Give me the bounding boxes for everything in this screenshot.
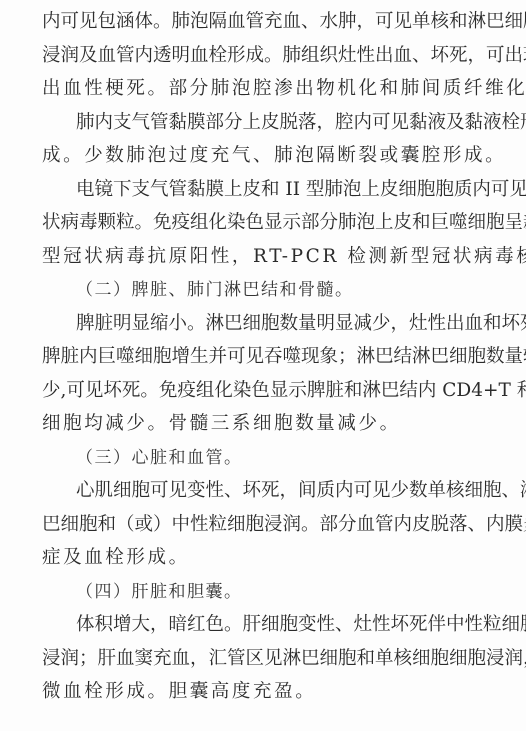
- body-text-line: 成。少数肺泡过度充气、肺泡隔断裂或囊腔形成。: [42, 139, 494, 173]
- section-heading-spleen: （二）脾脏、肺门淋巴结和骨髓。: [76, 273, 494, 307]
- section-heading-heart: （三）心脏和血管。: [76, 441, 494, 475]
- body-text-line: 脾脏明显缩小。淋巴细胞数量明显减少，灶性出血和坏死，: [76, 307, 494, 341]
- body-text-line: 浸润；肝血窦充血，汇管区见淋巴细胞和单核细胞细胞浸润，: [42, 642, 494, 676]
- section-heading-liver: （四）肝脏和胆囊。: [76, 575, 494, 609]
- body-text-line: 心肌细胞可见变性、坏死，间质内可见少数单核细胞、淋: [76, 474, 494, 508]
- body-text-line: 肺内支气管黏膜部分上皮脱落，腔内可见黏液及黏液栓形: [76, 106, 494, 140]
- document-page: 内可见包涵体。肺泡隔血管充血、水肿，可见单核和淋巴细胞 浸润及血管内透明血栓形成…: [0, 0, 526, 731]
- body-text-line: 电镜下支气管黏膜上皮和 II 型肺泡上皮细胞胞质内可见冠: [76, 173, 494, 207]
- body-text-line: 巴细胞和（或）中性粒细胞浸润。部分血管内皮脱落、内膜炎: [42, 508, 494, 542]
- body-text-line: 细胞均减少。骨髓三系细胞数量减少。: [42, 407, 494, 441]
- body-text-line: 状病毒颗粒。免疫组化染色显示部分肺泡上皮和巨噬细胞呈新: [42, 206, 494, 240]
- body-text-line: 出血性梗死。部分肺泡腔渗出物机化和肺间质纤维化。: [42, 72, 494, 106]
- body-text-line: 型冠状病毒抗原阳性，RT-PCR 检测新型冠状病毒核酸阳性。: [42, 240, 494, 274]
- body-text-line: 浸润及血管内透明血栓形成。肺组织灶性出血、坏死，可出现: [42, 39, 494, 73]
- body-text-line: 脾脏内巨噬细胞增生并可见吞噬现象；淋巴结淋巴细胞数量较: [42, 340, 494, 374]
- body-text-line: 体积增大，暗红色。肝细胞变性、灶性坏死伴中性粒细胞: [76, 608, 494, 642]
- body-text-line: 少,可见坏死。免疫组化染色显示脾脏和淋巴结内 CD4+T 和 CD8+T: [42, 374, 494, 408]
- body-text-line: 微血栓形成。胆囊高度充盈。: [42, 675, 494, 709]
- body-text-line: 内可见包涵体。肺泡隔血管充血、水肿，可见单核和淋巴细胞: [42, 5, 494, 39]
- body-text-line: 症及血栓形成。: [42, 541, 494, 575]
